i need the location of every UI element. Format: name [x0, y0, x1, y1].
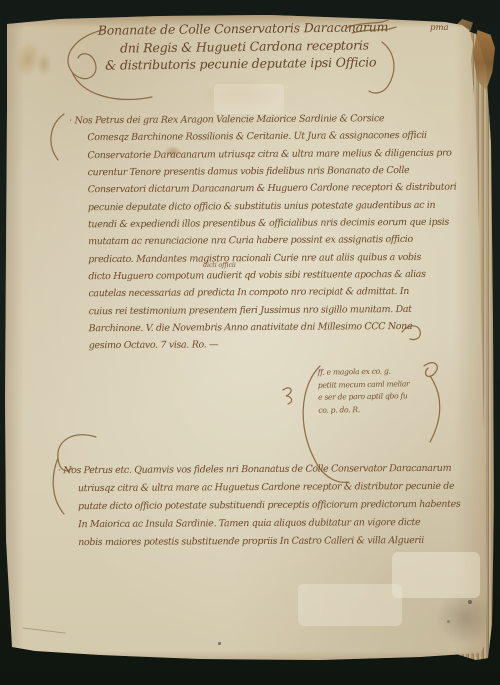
manuscript-line: In Maiorica ac Insula Sardinie. Tamen qu…: [78, 514, 460, 534]
parchment-patch: [214, 84, 284, 114]
ink-speck: [447, 620, 450, 623]
heading-block: Bonanate de Colle Conservatoris Daracana…: [98, 18, 389, 74]
manuscript-line: Comesqz Barchinone Rossilionis & Ceritan…: [87, 127, 456, 147]
paragraph-one-bracket-flourish: [51, 114, 64, 160]
marginal-con-sign: [283, 388, 292, 404]
ink-speck: [218, 642, 221, 645]
manuscript-line: gesimo Octavo. 7 visa. Ro. —: [89, 335, 458, 355]
binding-gutter-shadow: [0, 0, 26, 685]
manuscript-line: co. p. do. R.: [318, 403, 410, 417]
manuscript-line: utriusqz citra & ultra mare ac Huguetus …: [78, 478, 460, 498]
manuscript-page: 19 pma Bonanate de Colle Conservatoris D…: [0, 0, 500, 685]
marginal-right-swash: [424, 363, 440, 442]
surface-scratch: [22, 627, 66, 633]
folio-number: 19: [426, 9, 443, 20]
interlinear-addition: dicti officii: [203, 261, 236, 269]
parchment-patch: [298, 584, 402, 626]
ink-speck: [468, 600, 472, 604]
folio-annotation: pma: [430, 23, 449, 33]
manuscript-line: Conservatori dictarum Daracanarum & Hugu…: [88, 179, 457, 199]
manuscript-line: putate dicto officio potestate substitue…: [78, 496, 460, 516]
manuscript-line: Barchinone. V. die Novembris Anno anativ…: [89, 318, 458, 338]
manuscript-line: & distributoris pecunie deputate ipsi Of…: [105, 53, 389, 74]
main-paragraph: · Nos Petrus dei gra Rex Aragon Valencie…: [69, 110, 457, 356]
parchment-stain: [200, 80, 280, 110]
manuscript-line: nobis maiores potestis substituende prop…: [78, 532, 460, 552]
bottom-edge-discoloration: [0, 651, 500, 665]
marginal-note: ff. e magola ex co. g. petiit mecum caml…: [318, 365, 410, 417]
manuscript-line: e ser de paro aptil qbo fu: [318, 391, 410, 405]
photo-background: 19 pma Bonanate de Colle Conservatoris D…: [0, 0, 500, 685]
parchment-stain: [36, 52, 52, 76]
second-paragraph: · Nos Petrus etc. Quamvis vos fideles nr…: [58, 460, 461, 552]
manuscript-line: mutatam ac renunciacione nra Curia haber…: [88, 231, 457, 251]
